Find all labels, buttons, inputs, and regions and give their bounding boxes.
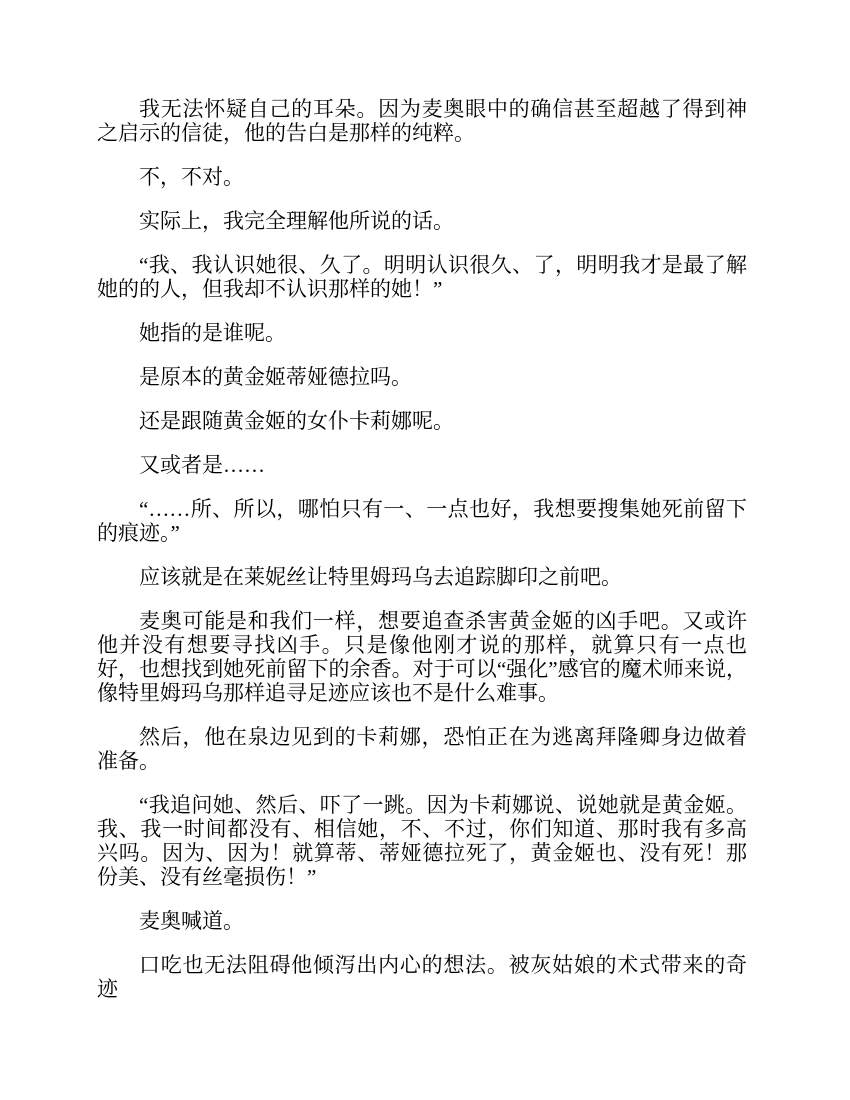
paragraph: 然后，他在泉边见到的卡莉娜，恐怕正在为逃离拜隆卿身边做着准备。	[97, 725, 747, 773]
novel-text-block: 我无法怀疑自己的耳朵。因为麦奥眼中的确信甚至超越了得到神之启示的信徒，他的告白是…	[97, 97, 747, 1001]
paragraph: 是原本的黄金姬蒂娅德拉吗。	[97, 365, 747, 389]
paragraph: “……所、所以，哪怕只有一、一点也好，我想要搜集她死前留下的痕迹。”	[97, 497, 747, 545]
paragraph: 又或者是……	[97, 453, 747, 477]
paragraph: 我无法怀疑自己的耳朵。因为麦奥眼中的确信甚至超越了得到神之启示的信徒，他的告白是…	[97, 97, 747, 145]
paragraph: 不，不对。	[97, 165, 747, 189]
paragraph: 实际上，我完全理解他所说的话。	[97, 209, 747, 233]
paragraph: 她指的是谁呢。	[97, 321, 747, 345]
paragraph: 麦奥可能是和我们一样，想要追查杀害黄金姬的凶手吧。又或许他并没有想要寻找凶手。只…	[97, 609, 747, 705]
paragraph: 应该就是在莱妮丝让特里姆玛乌去追踪脚印之前吧。	[97, 565, 747, 589]
document-page: 我无法怀疑自己的耳朵。因为麦奥眼中的确信甚至超越了得到神之启示的信徒，他的告白是…	[0, 0, 850, 1100]
paragraph: 还是跟随黄金姬的女仆卡莉娜呢。	[97, 409, 747, 433]
paragraph: 麦奥喊道。	[97, 909, 747, 933]
paragraph: 口吃也无法阻碍他倾泻出内心的想法。被灰姑娘的术式带来的奇迹	[97, 953, 747, 1001]
paragraph: “我、我认识她很、久了。明明认识很久、了，明明我才是最了解她的的人，但我却不认识…	[97, 253, 747, 301]
paragraph: “我追问她、然后、吓了一跳。因为卡莉娜说、说她就是黄金姬。我、我一时间都没有、相…	[97, 793, 747, 889]
